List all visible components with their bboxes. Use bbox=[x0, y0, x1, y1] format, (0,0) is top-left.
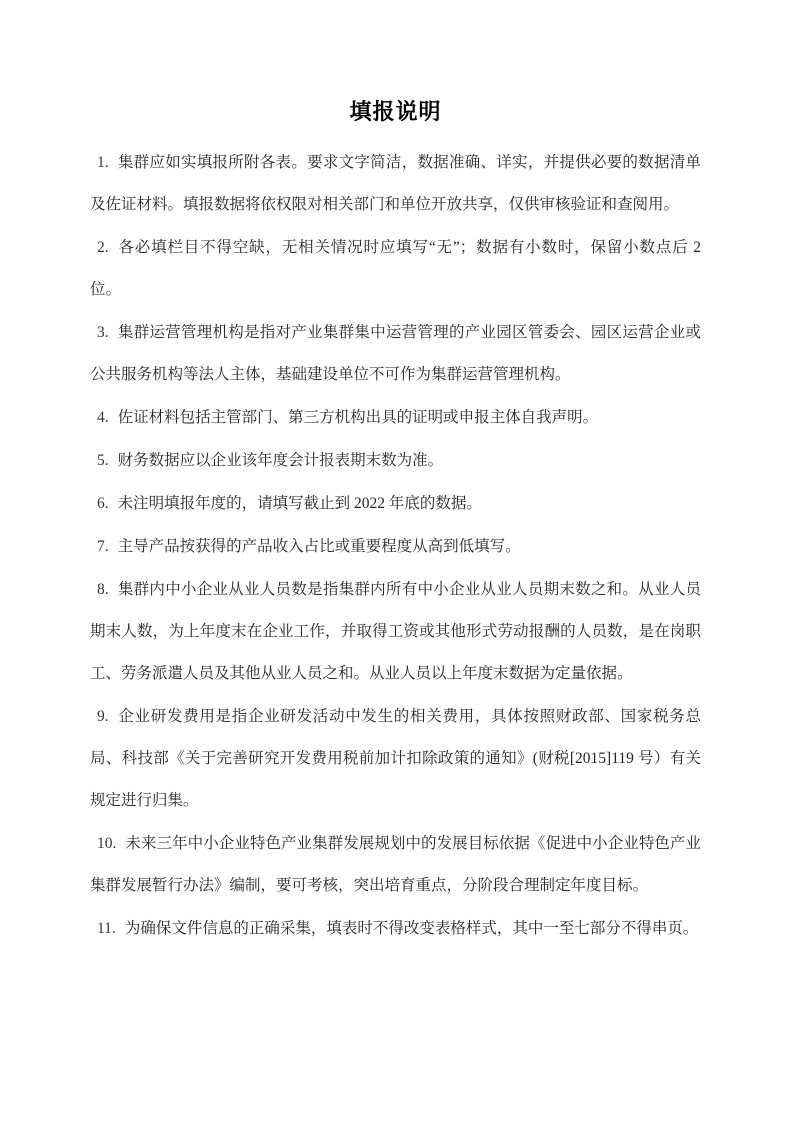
item-text: 财务数据应以企业该年度会计报表期末数为准。 bbox=[118, 452, 444, 469]
item-number: 11. bbox=[97, 908, 116, 950]
item-text: 未注明填报年度的，请填写截止到 2022 年底的数据。 bbox=[118, 495, 482, 512]
document-page: 填报说明 1.集群应如实填报所附各表。要求文字简洁，数据准确、详实，并提供必要的… bbox=[0, 0, 793, 1122]
item-number: 6. bbox=[97, 483, 109, 525]
instruction-item-2: 2.各必填栏目不得空缺，无相关情况时应填写“无”；数据有小数时，保留小数点后 2… bbox=[90, 227, 701, 311]
item-number: 9. bbox=[97, 696, 109, 738]
item-text: 佐证材料包括主管部门、第三方机构出具的证明或申报主体自我声明。 bbox=[118, 409, 599, 426]
instruction-item-6: 6.未注明填报年度的，请填写截止到 2022 年底的数据。 bbox=[90, 483, 701, 525]
item-text: 未来三年中小企业特色产业集群发展规划中的发展目标依据《促进中小企业特色产业集群发… bbox=[90, 835, 701, 894]
item-number: 8. bbox=[97, 569, 109, 611]
instruction-item-5: 5.财务数据应以企业该年度会计报表期末数为准。 bbox=[90, 440, 701, 482]
instruction-item-8: 8.集群内中小企业从业人员数是指集群内所有中小企业从业人员期末数之和。从业人员期… bbox=[90, 569, 701, 695]
item-text: 企业研发费用是指企业研发活动中发生的相关费用，具体按照财政部、国家税务总局、科技… bbox=[90, 708, 701, 809]
item-text: 各必填栏目不得空缺，无相关情况时应填写“无”；数据有小数时，保留小数点后 2 位… bbox=[90, 239, 701, 298]
instruction-item-1: 1.集群应如实填报所附各表。要求文字简洁，数据准确、详实，并提供必要的数据清单及… bbox=[90, 142, 701, 226]
item-number: 4. bbox=[97, 397, 109, 439]
item-number: 1. bbox=[97, 142, 109, 184]
item-text: 主导产品按获得的产品收入占比或重要程度从高到低填写。 bbox=[118, 538, 521, 555]
instruction-item-9: 9.企业研发费用是指企业研发活动中发生的相关费用，具体按照财政部、国家税务总局、… bbox=[90, 696, 701, 822]
instruction-item-3: 3.集群运营管理机构是指对产业集群集中运营管理的产业园区管委会、园区运营企业或公… bbox=[90, 312, 701, 396]
instruction-item-4: 4.佐证材料包括主管部门、第三方机构出具的证明或申报主体自我声明。 bbox=[90, 397, 701, 439]
item-number: 5. bbox=[97, 440, 109, 482]
item-text: 集群内中小企业从业人员数是指集群内所有中小企业从业人员期末数之和。从业人员期末人… bbox=[90, 581, 701, 682]
item-number: 2. bbox=[97, 227, 109, 269]
item-text: 为确保文件信息的正确采集，填表时不得改变表格样式，其中一至七部分不得串页。 bbox=[125, 920, 699, 937]
item-number: 7. bbox=[97, 526, 109, 568]
item-text: 集群运营管理机构是指对产业集群集中运营管理的产业园区管委会、园区运营企业或公共服… bbox=[90, 324, 701, 383]
instruction-item-11: 11.为确保文件信息的正确采集，填表时不得改变表格样式，其中一至七部分不得串页。 bbox=[90, 908, 701, 950]
page-title: 填报说明 bbox=[90, 94, 701, 130]
item-text: 集群应如实填报所附各表。要求文字简洁，数据准确、详实，并提供必要的数据清单及佐证… bbox=[90, 154, 701, 213]
instruction-item-7: 7.主导产品按获得的产品收入占比或重要程度从高到低填写。 bbox=[90, 526, 701, 568]
instruction-item-10: 10.未来三年中小企业特色产业集群发展规划中的发展目标依据《促进中小企业特色产业… bbox=[90, 823, 701, 907]
item-number: 3. bbox=[97, 312, 109, 354]
item-number: 10. bbox=[97, 823, 116, 865]
